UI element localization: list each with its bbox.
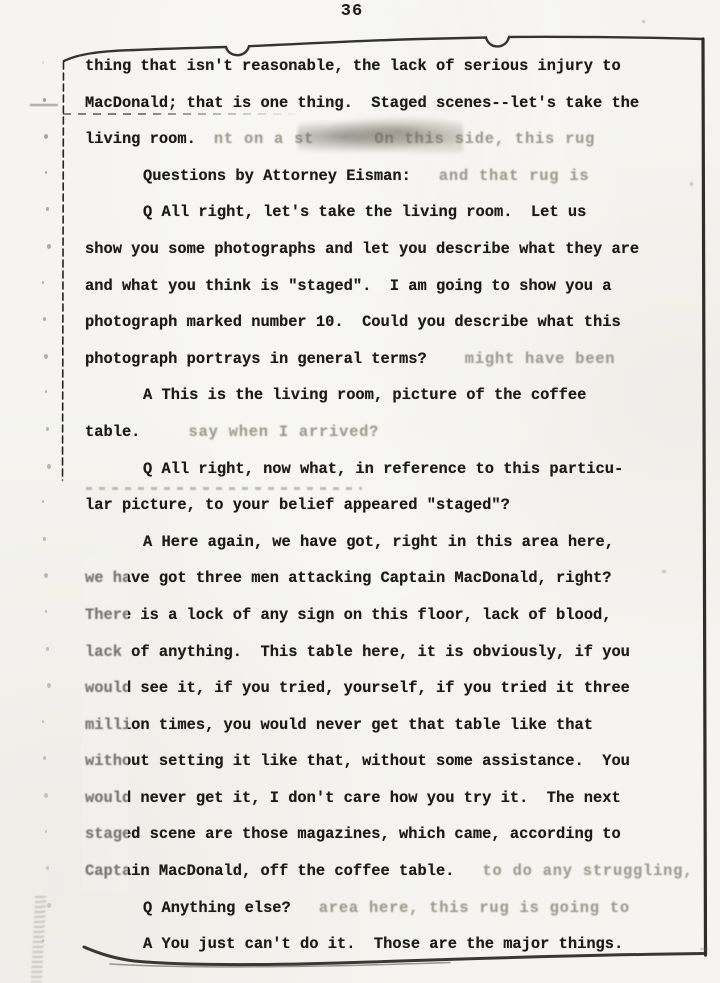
transcript-line: Q All right, let's take the living room.…: [85, 194, 685, 231]
margin-speck: [43, 537, 46, 541]
transcript-line: lack of anything. This table here, it is…: [85, 634, 685, 671]
line-text: Questions by Attorney Eisman:: [143, 167, 411, 185]
line-text: A This is the living room, picture of th…: [143, 386, 586, 404]
transcript-line: staged scene are those magazines, which …: [85, 816, 685, 853]
margin-speck: [45, 830, 47, 833]
margin-speck: [45, 610, 47, 613]
margin-speck: [46, 427, 49, 431]
margin-speck: [42, 61, 44, 64]
transcript-line: and what you think is "staged". I am goi…: [85, 268, 685, 305]
line-text: show you some photographs and let you de…: [85, 240, 639, 258]
line-text: photograph portrays in general terms?: [85, 350, 427, 368]
ghost-bleedthrough-text: might have been: [445, 350, 616, 368]
transcript-body: thing that isn't reasonable, the lack of…: [85, 48, 685, 963]
faint-dotted-smear: [86, 487, 362, 490]
line-text: staged scene are those magazines, which …: [85, 825, 621, 843]
margin-speck: [42, 281, 44, 284]
paper-speck: [662, 570, 666, 573]
paper-speck: [700, 948, 708, 950]
paper-speck: [690, 182, 693, 186]
transcript-line: we have got three men attacking Captain …: [85, 560, 685, 597]
transcript-line: thing that isn't reasonable, the lack of…: [85, 48, 685, 85]
line-text: A You just can't do it. Those are the ma…: [143, 935, 623, 953]
margin-dash-mark: [30, 104, 58, 106]
line-text: would see it, if you tried, yourself, if…: [85, 679, 630, 697]
transcript-line: There is a lock of any sign on this floo…: [85, 597, 685, 634]
ghost-bleedthrough-text: say when I arrived?: [158, 423, 379, 441]
line-text: would never get it, I don't care how you…: [85, 789, 621, 807]
transcript-line: would see it, if you tried, yourself, if…: [85, 670, 685, 707]
margin-speck: [44, 793, 48, 798]
line-text: Q Anything else?: [143, 899, 291, 917]
line-text: without setting it like that, without so…: [85, 752, 630, 770]
line-text: Q All right, let's take the living room.…: [143, 203, 586, 221]
margin-speck: [42, 720, 44, 723]
ink-smudge: [298, 117, 463, 153]
margin-speck: [47, 244, 51, 249]
faded-text-region: [82, 556, 128, 892]
ghost-bleedthrough-text: area here, this rug is going to: [309, 899, 630, 917]
line-text: lar picture, to your belief appeared "st…: [85, 496, 510, 514]
transcript-line: Q Anything else? area here, this rug is …: [85, 890, 685, 927]
margin-speck: [47, 903, 51, 908]
transcript-line: photograph portrays in general terms? mi…: [85, 341, 685, 378]
margin-speck: [46, 647, 49, 651]
transcript-line: Captain MacDonald, off the coffee table.…: [85, 853, 685, 890]
transcript-line: A You just can't do it. Those are the ma…: [85, 926, 685, 963]
left-border-line: [63, 62, 64, 480]
transcript-line: million times, you would never get that …: [85, 707, 685, 744]
line-text: and what you think is "staged". I am goi…: [85, 277, 611, 295]
paper-speck: [642, 20, 645, 23]
margin-speck: [43, 98, 46, 102]
line-text: Q All right, now what, in reference to t…: [143, 460, 623, 478]
transcript-line: A This is the living room, picture of th…: [85, 377, 685, 414]
transcript-line: Q All right, now what, in reference to t…: [85, 451, 685, 488]
line-text: MacDonald; that is one thing. Staged sce…: [85, 94, 639, 112]
margin-speck: [47, 464, 51, 469]
macdonald-dashed-underline: [63, 113, 315, 115]
line-text: Captain MacDonald, off the coffee table.: [85, 862, 454, 880]
line-text: There is a lock of any sign on this floo…: [85, 606, 611, 624]
line-text: photograph marked number 10. Could you d…: [85, 313, 621, 331]
line-text: A Here again, we have got, right in this…: [143, 533, 614, 551]
line-text: lack of anything. This table here, it is…: [85, 643, 630, 661]
scanned-transcript-page: 36 thing that isn't reasonable, the lack…: [0, 0, 720, 983]
transcript-line: lar picture, to your belief appeared "st…: [85, 487, 685, 524]
transcript-line: A Here again, we have got, right in this…: [85, 524, 685, 561]
right-border-line: [703, 39, 706, 955]
line-text: we have got three men attacking Captain …: [85, 569, 611, 587]
ghost-bleedthrough-text: and that rug is: [429, 167, 590, 185]
margin-speck: [45, 171, 47, 174]
margin-speck: [44, 354, 48, 359]
line-text: thing that isn't reasonable, the lack of…: [85, 57, 621, 75]
transcript-line: without setting it like that, without so…: [85, 743, 685, 780]
line-text: table.: [85, 423, 140, 441]
transcript-line: would never get it, I don't care how you…: [85, 780, 685, 817]
transcript-line: show you some photographs and let you de…: [85, 231, 685, 268]
transcript-line: table. say when I arrived?: [85, 414, 685, 451]
transcript-line: Questions by Attorney Eisman: and that r…: [85, 158, 685, 195]
transcript-line: MacDonald; that is one thing. Staged sce…: [85, 85, 685, 122]
transcript-line: photograph marked number 10. Could you d…: [85, 304, 685, 341]
line-text: million times, you would never get that …: [85, 716, 593, 734]
line-text: living room.: [85, 130, 196, 148]
ghost-bleedthrough-text: to do any struggling,: [472, 862, 693, 880]
